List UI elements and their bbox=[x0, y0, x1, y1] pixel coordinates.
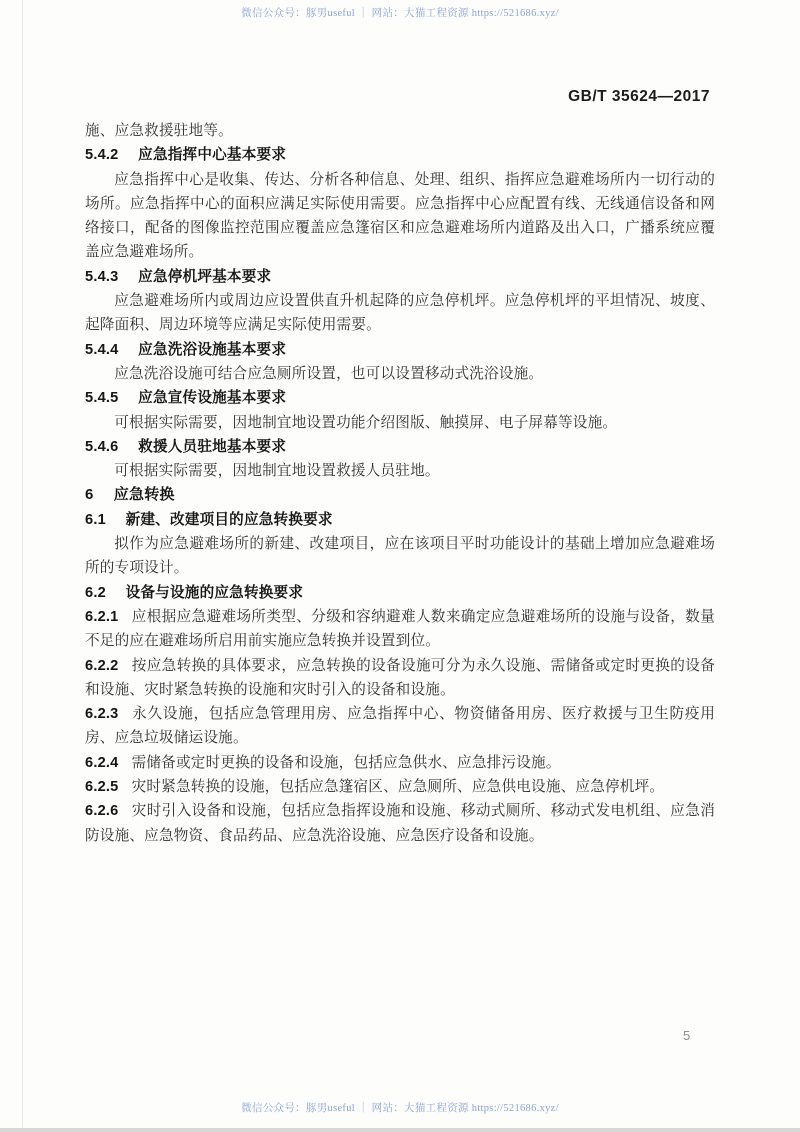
section-number: 5.4.4 bbox=[85, 338, 118, 362]
section-title: 救援人员驻地基本要求 bbox=[138, 439, 286, 455]
section-number: 6.1 bbox=[85, 508, 106, 532]
clause-6-2-4: 6.2.4需储备或定时更换的设备和设施，包括应急供水、应急排污设施。 bbox=[85, 751, 715, 775]
paragraph: 应急洗浴设施可结合应急厕所设置，也可以设置移动式洗浴设施。 bbox=[85, 362, 715, 386]
scan-edge-line bbox=[22, 0, 23, 1132]
clause-text: 需储备或定时更换的设备和设施，包括应急供水、应急排污设施。 bbox=[132, 755, 561, 771]
paragraph: 拟作为应急避难场所的新建、改建项目，应在该项目平时功能设计的基础上增加应急避难场… bbox=[85, 532, 715, 581]
clause-text: 永久设施，包括应急管理用房、应急指挥中心、物资储备用房、医疗救援与卫生防疫用房、… bbox=[85, 706, 715, 746]
clause-text: 应根据应急避难场所类型、分级和容纳避难人数来确定应急避难场所的设施与设备，数量不… bbox=[85, 609, 715, 649]
section-heading-5-4-5: 5.4.5应急宣传设施基本要求 bbox=[85, 386, 715, 410]
standard-number: GB/T 35624—2017 bbox=[568, 88, 710, 106]
watermark-top: 微信公众号：豚男useful ｜ 网站：大猫工程资源 https://52168… bbox=[0, 5, 800, 20]
clause-text: 灾时引入设备和设施，包括应急指挥设施和设施、移动式厕所、移动式发电机组、应急消防… bbox=[85, 803, 715, 843]
section-number: 5.4.3 bbox=[85, 265, 118, 289]
section-number: 5.4.2 bbox=[85, 143, 118, 167]
paragraph: 应急避难场所内或周边应设置供直升机起降的应急停机坪。应急停机坪的平坦情况、坡度、… bbox=[85, 289, 715, 338]
paragraph: 可根据实际需要，因地制宜地设置救援人员驻地。 bbox=[85, 459, 715, 483]
clause-6-2-5: 6.2.5灾时紧急转换的设施，包括应急篷宿区、应急厕所、应急供电设施、应急停机坪… bbox=[85, 775, 715, 799]
section-heading-5-4-3: 5.4.3应急停机坪基本要求 bbox=[85, 265, 715, 289]
paragraph: 应急指挥中心是收集、传达、分析各种信息、处理、组织、指挥应急避难场所内一切行动的… bbox=[85, 168, 715, 265]
section-title: 应急洗浴设施基本要求 bbox=[138, 342, 286, 358]
page-number: 5 bbox=[683, 1028, 690, 1043]
clause-number: 6.2.1 bbox=[85, 609, 118, 625]
chapter-title: 应急转换 bbox=[114, 486, 175, 503]
clause-number: 6.2.4 bbox=[85, 755, 118, 771]
chapter-number: 6 bbox=[85, 483, 94, 507]
section-title: 应急停机坪基本要求 bbox=[138, 269, 271, 285]
section-number: 5.4.5 bbox=[85, 386, 118, 410]
clause-6-2-6: 6.2.6灾时引入设备和设施，包括应急指挥设施和设施、移动式厕所、移动式发电机组… bbox=[85, 799, 715, 848]
clause-6-2-3: 6.2.3永久设施，包括应急管理用房、应急指挥中心、物资储备用房、医疗救援与卫生… bbox=[85, 702, 715, 751]
clause-number: 6.2.3 bbox=[85, 706, 118, 722]
section-number: 5.4.6 bbox=[85, 435, 118, 459]
section-heading-5-4-4: 5.4.4应急洗浴设施基本要求 bbox=[85, 338, 715, 362]
document-body: 施、应急救援驻地等。 5.4.2应急指挥中心基本要求 应急指挥中心是收集、传达、… bbox=[85, 119, 715, 848]
chapter-heading-6: 6应急转换 bbox=[85, 483, 715, 507]
section-heading-6-1: 6.1新建、改建项目的应急转换要求 bbox=[85, 508, 715, 532]
paragraph-continuation: 施、应急救援驻地等。 bbox=[85, 119, 715, 143]
section-title: 应急宣传设施基本要求 bbox=[138, 390, 286, 406]
section-number: 6.2 bbox=[85, 581, 106, 605]
clause-text: 按应急转换的具体要求，应急转换的设备设施可分为永久设施、需储备或定时更换的设备和… bbox=[85, 658, 715, 698]
section-title: 应急指挥中心基本要求 bbox=[138, 147, 286, 163]
paragraph: 可根据实际需要，因地制宜地设置功能介绍图版、触摸屏、电子屏幕等设施。 bbox=[85, 411, 715, 435]
section-title: 设备与设施的应急转换要求 bbox=[126, 585, 304, 601]
scan-bottom-edge bbox=[0, 1128, 800, 1132]
section-heading-5-4-2: 5.4.2应急指挥中心基本要求 bbox=[85, 143, 715, 167]
section-heading-5-4-6: 5.4.6救援人员驻地基本要求 bbox=[85, 435, 715, 459]
clause-text: 灾时紧急转换的设施，包括应急篷宿区、应急厕所、应急供电设施、应急停机坪。 bbox=[132, 779, 665, 795]
clause-number: 6.2.6 bbox=[85, 803, 118, 819]
section-title: 新建、改建项目的应急转换要求 bbox=[126, 512, 333, 528]
document-page: 微信公众号：豚男useful ｜ 网站：大猫工程资源 https://52168… bbox=[0, 0, 800, 1132]
section-heading-6-2: 6.2设备与设施的应急转换要求 bbox=[85, 581, 715, 605]
clause-number: 6.2.2 bbox=[85, 658, 118, 674]
clause-6-2-2: 6.2.2按应急转换的具体要求，应急转换的设备设施可分为永久设施、需储备或定时更… bbox=[85, 654, 715, 703]
clause-number: 6.2.5 bbox=[85, 779, 118, 795]
watermark-bottom: 微信公众号：豚男useful ｜ 网站：大猫工程资源 https://52168… bbox=[0, 1100, 800, 1115]
clause-6-2-1: 6.2.1应根据应急避难场所类型、分级和容纳避难人数来确定应急避难场所的设施与设… bbox=[85, 605, 715, 654]
